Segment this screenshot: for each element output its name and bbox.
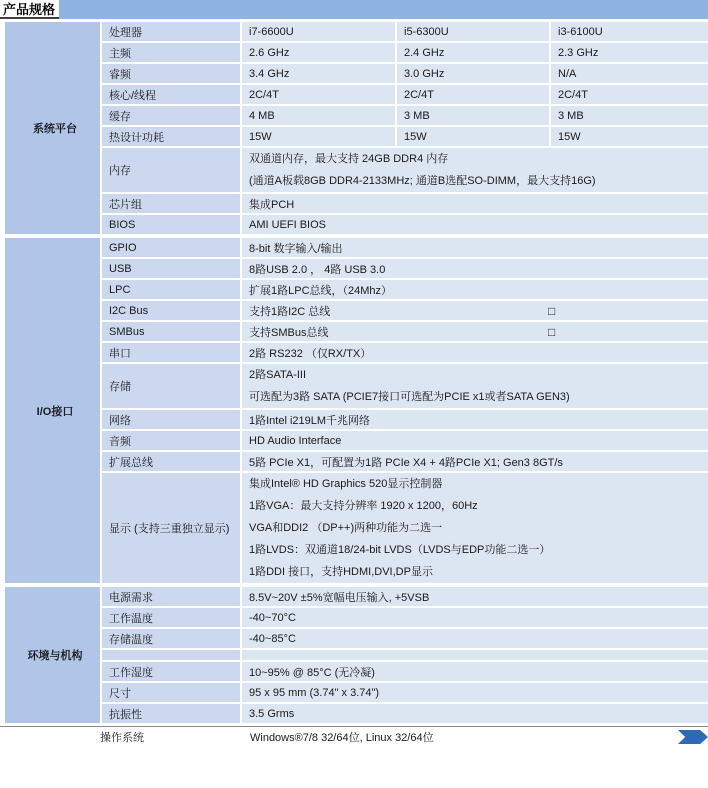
- table-row: I2C Bus支持1路I2C 总线□: [4, 300, 708, 321]
- table-row: 存储2路SATA-III可选配为3路 SATA (PCIE7接口可选配为PCIE…: [4, 363, 708, 409]
- spec-value-line: 1路LVDS：双通道18/24-bit LVDS（LVDS与EDP功能二选一）: [249, 539, 706, 561]
- section-header: 系统平台: [4, 21, 101, 235]
- spec-label: 网络: [101, 409, 241, 430]
- spec-table: 系统平台处理器i7-6600Ui5-6300Ui3-6100U主频2.6 GHz…: [3, 20, 708, 725]
- table-row: 抗振性3.5 Grms: [4, 703, 708, 724]
- spec-value: 3.5 Grms: [241, 703, 708, 724]
- section-header: 环境与机构: [4, 586, 101, 724]
- spec-value: 2C/4T: [241, 84, 396, 105]
- spec-value-line: 2路SATA-III: [249, 364, 706, 386]
- table-row: 串口2路 RS232 （仅RX/TX）: [4, 342, 708, 363]
- spec-value: 双通道内存，最大支持 24GB DDR4 内存(通道A板载8GB DDR4-21…: [241, 147, 708, 193]
- table-row: SMBus支持SMBus总线□: [4, 321, 708, 342]
- spec-value: [241, 649, 708, 661]
- spec-value: 3 MB: [550, 105, 708, 126]
- spec-section-table: I/O接口GPIO8-bit 数字输入/输出USB8路USB 2.0 ， 4路 …: [3, 236, 708, 585]
- table-row: 核心/线程2C/4T2C/4T2C/4T: [4, 84, 708, 105]
- checkbox-square-icon: □: [548, 305, 555, 317]
- spec-label: 抗振性: [101, 703, 241, 724]
- spec-label: 内存: [101, 147, 241, 193]
- spec-value: 2路 RS232 （仅RX/TX）: [241, 342, 708, 363]
- spec-value: 3.4 GHz: [241, 63, 396, 84]
- table-row: 工作湿度10~95% @ 85°C (无冷凝): [4, 661, 708, 682]
- table-row: 环境与机构电源需求8.5V~20V ±5%宽幅电压输入, +5VSB: [4, 586, 708, 607]
- spec-label: 工作湿度: [101, 661, 241, 682]
- table-row: 系统平台处理器i7-6600Ui5-6300Ui3-6100U: [4, 21, 708, 42]
- spec-value: 2C/4T: [396, 84, 550, 105]
- spec-value-line: 1路VGA：最大支持分辨率 1920 x 1200，60Hz: [249, 495, 706, 517]
- header-bar: [59, 0, 708, 19]
- spec-value-line: 1路DDI 接口，支持HDMI,DVI,DP显示: [249, 561, 706, 583]
- spec-value-line: VGA和DDI2 （DP++)两种功能为二选一: [249, 517, 706, 539]
- spec-value: -40~70°C: [241, 607, 708, 628]
- spec-value: 2.6 GHz: [241, 42, 396, 63]
- table-row: USB8路USB 2.0 ， 4路 USB 3.0: [4, 258, 708, 279]
- spec-label: SMBus: [101, 321, 241, 342]
- table-row: 显示 (支持三重独立显示)集成Intel® HD Graphics 520显示控…: [4, 472, 708, 584]
- spec-value: 8路USB 2.0 ， 4路 USB 3.0: [241, 258, 708, 279]
- table-row: 工作温度-40~70°C: [4, 607, 708, 628]
- table-row: 扩展总线5路 PCIe X1，可配置为1路 PCIe X4 + 4路PCIe X…: [4, 451, 708, 472]
- spec-value: 1路Intel i219LM千兆网络: [241, 409, 708, 430]
- spec-value: 10~95% @ 85°C (无冷凝): [241, 661, 708, 682]
- spec-label: 串口: [101, 342, 241, 363]
- spec-label: [101, 649, 241, 661]
- spec-label: 尺寸: [101, 682, 241, 703]
- spec-value: 8-bit 数字输入/输出: [241, 237, 708, 258]
- spec-label: GPIO: [101, 237, 241, 258]
- table-row: 音频HD Audio Interface: [4, 430, 708, 451]
- spec-value: 5路 PCIe X1，可配置为1路 PCIe X4 + 4路PCIe X1; G…: [241, 451, 708, 472]
- table-row: LPC扩展1路LPC总线，（24Mhz）: [4, 279, 708, 300]
- table-row: 尺寸95 x 95 mm (3.74" x 3.74"): [4, 682, 708, 703]
- section-header: I/O接口: [4, 237, 101, 584]
- os-label: 操作系统: [100, 729, 240, 745]
- spec-value: i7-6600U: [241, 21, 396, 42]
- spec-label: 缓存: [101, 105, 241, 126]
- spec-value: 15W: [241, 126, 396, 147]
- table-row: 热设计功耗15W15W15W: [4, 126, 708, 147]
- spec-value: 8.5V~20V ±5%宽幅电压输入, +5VSB: [241, 586, 708, 607]
- spec-value: 3.0 GHz: [396, 63, 550, 84]
- spec-label: BIOS: [101, 214, 241, 235]
- spec-section-table: 系统平台处理器i7-6600Ui5-6300Ui3-6100U主频2.6 GHz…: [3, 20, 708, 236]
- spec-label: 音频: [101, 430, 241, 451]
- spec-label: 热设计功耗: [101, 126, 241, 147]
- spec-label: 存储: [101, 363, 241, 409]
- spec-value: i3-6100U: [550, 21, 708, 42]
- spec-value: 15W: [396, 126, 550, 147]
- table-row: BIOSAMI UEFI BIOS: [4, 214, 708, 235]
- spec-value: 4 MB: [241, 105, 396, 126]
- spec-value-line: 双通道内存，最大支持 24GB DDR4 内存: [249, 148, 706, 170]
- page-title: 产品规格: [0, 0, 59, 19]
- spec-label: 扩展总线: [101, 451, 241, 472]
- spec-value: 支持SMBus总线□: [241, 321, 708, 342]
- spec-value: N/A: [550, 63, 708, 84]
- spec-label: 处理器: [101, 21, 241, 42]
- spec-label: 睿频: [101, 63, 241, 84]
- spec-label: 核心/线程: [101, 84, 241, 105]
- spec-label: 主频: [101, 42, 241, 63]
- page-header: 产品规格: [0, 0, 708, 20]
- spec-value-line: 集成Intel® HD Graphics 520显示控制器: [249, 473, 706, 495]
- spec-value: HD Audio Interface: [241, 430, 708, 451]
- table-row: 网络1路Intel i219LM千兆网络: [4, 409, 708, 430]
- spec-value-line: (通道A板载8GB DDR4-2133MHz; 通道B选配SO-DIMM，最大支…: [249, 170, 706, 192]
- spec-value: 15W: [550, 126, 708, 147]
- spec-value: i5-6300U: [396, 21, 550, 42]
- spec-value: -40~85°C: [241, 628, 708, 649]
- os-row: 操作系统 Windows®7/8 32/64位, Linux 32/64位: [0, 726, 708, 746]
- table-row: 存储温度-40~85°C: [4, 628, 708, 649]
- table-row: I/O接口GPIO8-bit 数字输入/输出: [4, 237, 708, 258]
- table-row: 睿频3.4 GHz3.0 GHzN/A: [4, 63, 708, 84]
- spec-value: 95 x 95 mm (3.74" x 3.74"): [241, 682, 708, 703]
- spec-label: LPC: [101, 279, 241, 300]
- spec-value: 2C/4T: [550, 84, 708, 105]
- spec-section-table: 环境与机构电源需求8.5V~20V ±5%宽幅电压输入, +5VSB工作温度-4…: [3, 585, 708, 725]
- spec-value: 集成PCH: [241, 193, 708, 214]
- table-row: 芯片组集成PCH: [4, 193, 708, 214]
- spec-label: I2C Bus: [101, 300, 241, 321]
- spec-label: USB: [101, 258, 241, 279]
- spec-value: 扩展1路LPC总线，（24Mhz）: [241, 279, 708, 300]
- next-arrow-icon[interactable]: [678, 730, 708, 744]
- spec-value: 2.4 GHz: [396, 42, 550, 63]
- table-row: 缓存4 MB3 MB3 MB: [4, 105, 708, 126]
- spec-value: 3 MB: [396, 105, 550, 126]
- spec-value: AMI UEFI BIOS: [241, 214, 708, 235]
- table-row: 内存双通道内存，最大支持 24GB DDR4 内存(通道A板载8GB DDR4-…: [4, 147, 708, 193]
- spec-label: 电源需求: [101, 586, 241, 607]
- spec-value: 2路SATA-III可选配为3路 SATA (PCIE7接口可选配为PCIE x…: [241, 363, 708, 409]
- table-row: [4, 649, 708, 661]
- spec-label: 工作温度: [101, 607, 241, 628]
- spec-label: 存储温度: [101, 628, 241, 649]
- spec-value: 支持1路I2C 总线□: [241, 300, 708, 321]
- os-value: Windows®7/8 32/64位, Linux 32/64位: [240, 729, 434, 745]
- spec-value: 2.3 GHz: [550, 42, 708, 63]
- spec-value-line: 可选配为3路 SATA (PCIE7接口可选配为PCIE x1或者SATA GE…: [249, 386, 706, 408]
- spec-label: 显示 (支持三重独立显示): [101, 472, 241, 584]
- table-row: 主频2.6 GHz2.4 GHz2.3 GHz: [4, 42, 708, 63]
- checkbox-square-icon: □: [548, 326, 555, 338]
- spec-value: 集成Intel® HD Graphics 520显示控制器1路VGA：最大支持分…: [241, 472, 708, 584]
- spec-label: 芯片组: [101, 193, 241, 214]
